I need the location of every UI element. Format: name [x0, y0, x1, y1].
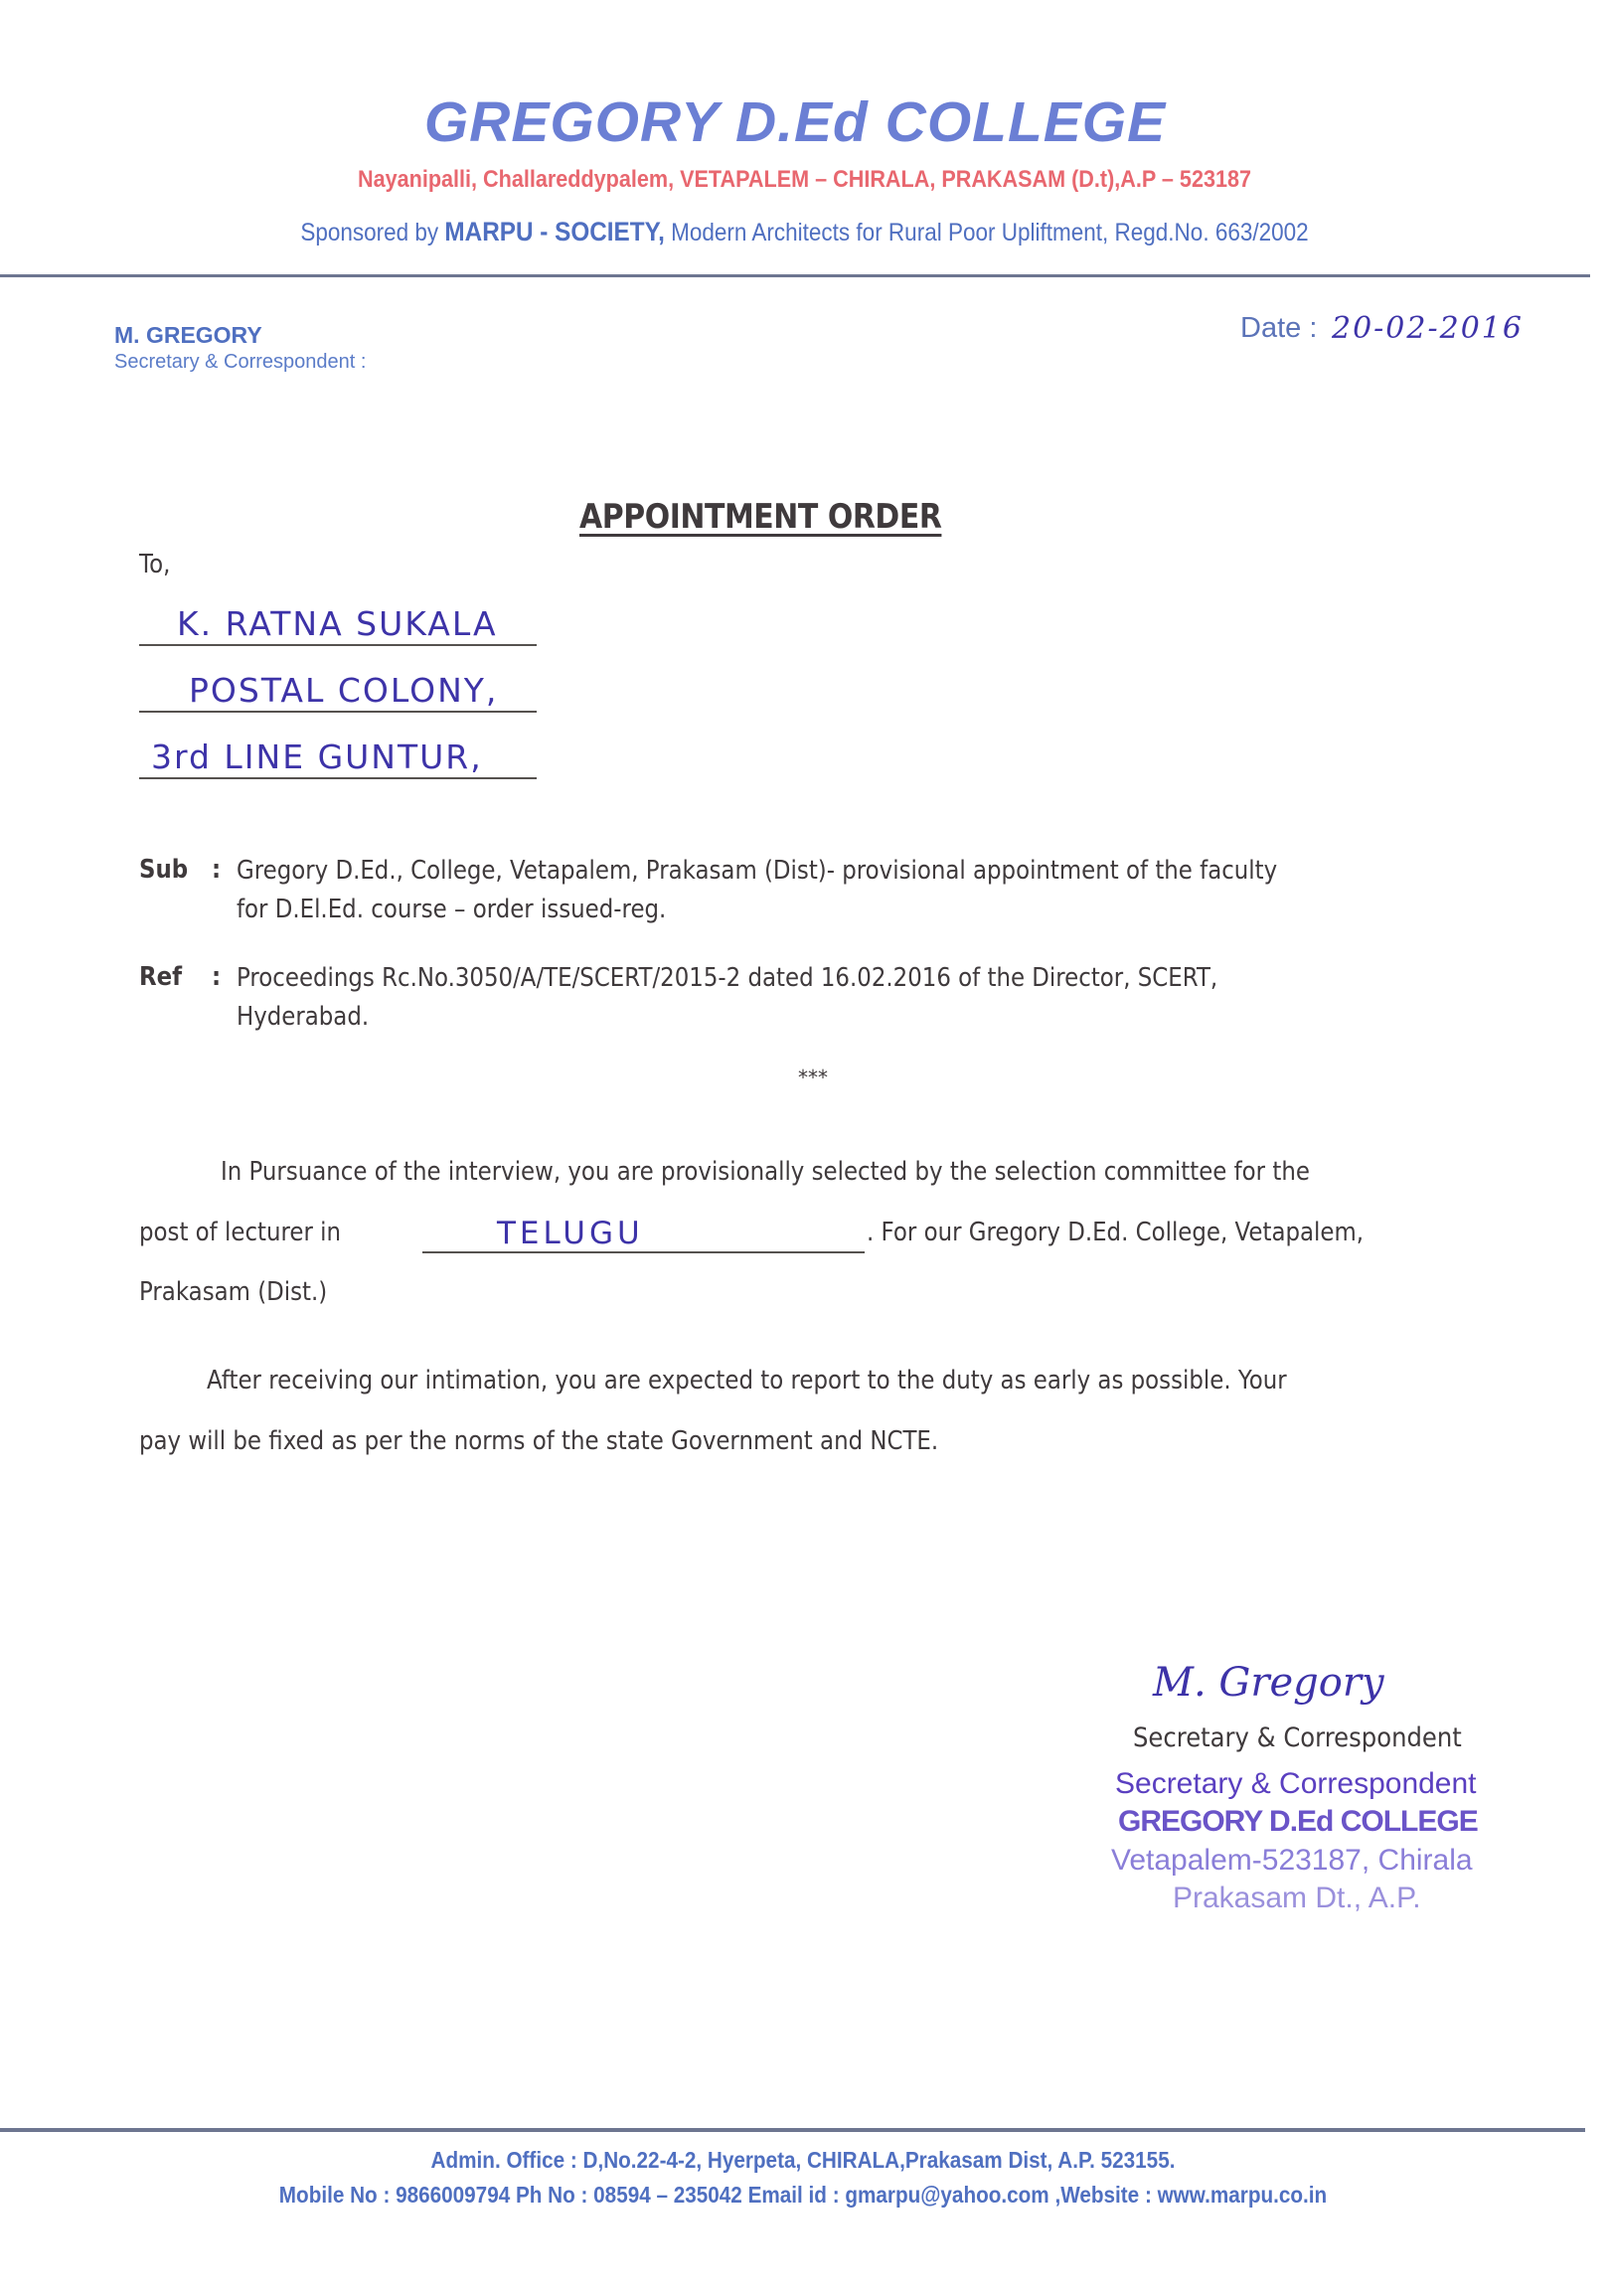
paragraph-1-line-1: In Pursuance of the interview, you are p…	[221, 1152, 1310, 1192]
recipient-line-3-rule	[139, 777, 537, 779]
signatory-role: Secretary & Correspondent	[1133, 1722, 1462, 1755]
secretary-name: M. GREGORY	[114, 321, 262, 349]
recipient-line-1-rule	[139, 644, 537, 646]
subject-value: TELUGU	[497, 1215, 644, 1252]
ref-colon: :	[212, 957, 221, 997]
footer-admin-office: Admin. Office : D,No.22-4-2, Hyerpeta, C…	[79, 2145, 1528, 2175]
footer-divider	[0, 2128, 1585, 2132]
paragraph-2-line-2: pay will be fixed as per the norms of th…	[139, 1421, 938, 1461]
date-value: 20-02-2016	[1332, 310, 1524, 348]
stamp-line-2: GREGORY D.Ed COLLEGE	[1118, 1804, 1478, 1840]
college-name: GREGORY D.Ed COLLEGE	[0, 87, 1600, 157]
sponsor-suffix: Modern Architects for Rural Poor Upliftm…	[665, 219, 1309, 246]
reference-line-1: Proceedings Rc.No.3050/A/TE/SCERT/2015-2…	[237, 958, 1217, 998]
secretary-role: Secretary & Correspondent :	[114, 350, 366, 374]
recipient-address-2: 3rd LINE GUNTUR,	[151, 738, 483, 777]
sub-colon: :	[212, 850, 221, 890]
stamp-line-1: Secretary & Correspondent	[1115, 1766, 1477, 1802]
document-title: APPOINTMENT ORDER	[579, 497, 941, 537]
subject-line-1: Gregory D.Ed., College, Vetapalem, Praka…	[237, 851, 1277, 891]
ref-label: Ref	[139, 957, 182, 997]
stamp-line-4: Prakasam Dt., A.P.	[1173, 1881, 1421, 1916]
date-label: Date :	[1240, 310, 1317, 346]
paragraph-1-line-2-suffix: . For our Gregory D.Ed. College, Vetapal…	[867, 1213, 1364, 1252]
sponsor-prefix: Sponsored by	[300, 219, 444, 246]
stamp-line-3: Vetapalem-523187, Chirala	[1111, 1843, 1473, 1879]
reference-line-2: Hyderabad.	[237, 997, 369, 1037]
sub-label: Sub	[139, 850, 188, 890]
header-divider	[0, 274, 1590, 277]
sponsor-line: Sponsored by MARPU - SOCIETY, Modern Arc…	[80, 215, 1529, 249]
recipient-name: K. RATNA SUKALA	[177, 604, 498, 644]
recipient-address-1: POSTAL COLONY,	[189, 671, 498, 711]
paragraph-1-line-3: Prakasam (Dist.)	[139, 1272, 327, 1312]
subject-blank-rule	[422, 1251, 865, 1253]
recipient-line-2-rule	[139, 711, 537, 713]
signature: M. Gregory	[1153, 1658, 1384, 1708]
separator: ***	[798, 1066, 828, 1089]
to-label: To,	[139, 549, 170, 580]
paragraph-1-line-2-prefix: post of lecturer in	[139, 1213, 341, 1252]
paragraph-2-line-1: After receiving our intimation, you are …	[207, 1361, 1287, 1400]
sponsor-name: MARPU - SOCIETY,	[444, 217, 664, 246]
subject-line-2: for D.El.Ed. course – order issued-reg.	[237, 890, 666, 929]
footer-contact: Mobile No : 9866009794 Ph No : 08594 – 2…	[79, 2180, 1528, 2210]
college-address: Nayanipalli, Challareddypalem, VETAPALEM…	[80, 164, 1529, 196]
